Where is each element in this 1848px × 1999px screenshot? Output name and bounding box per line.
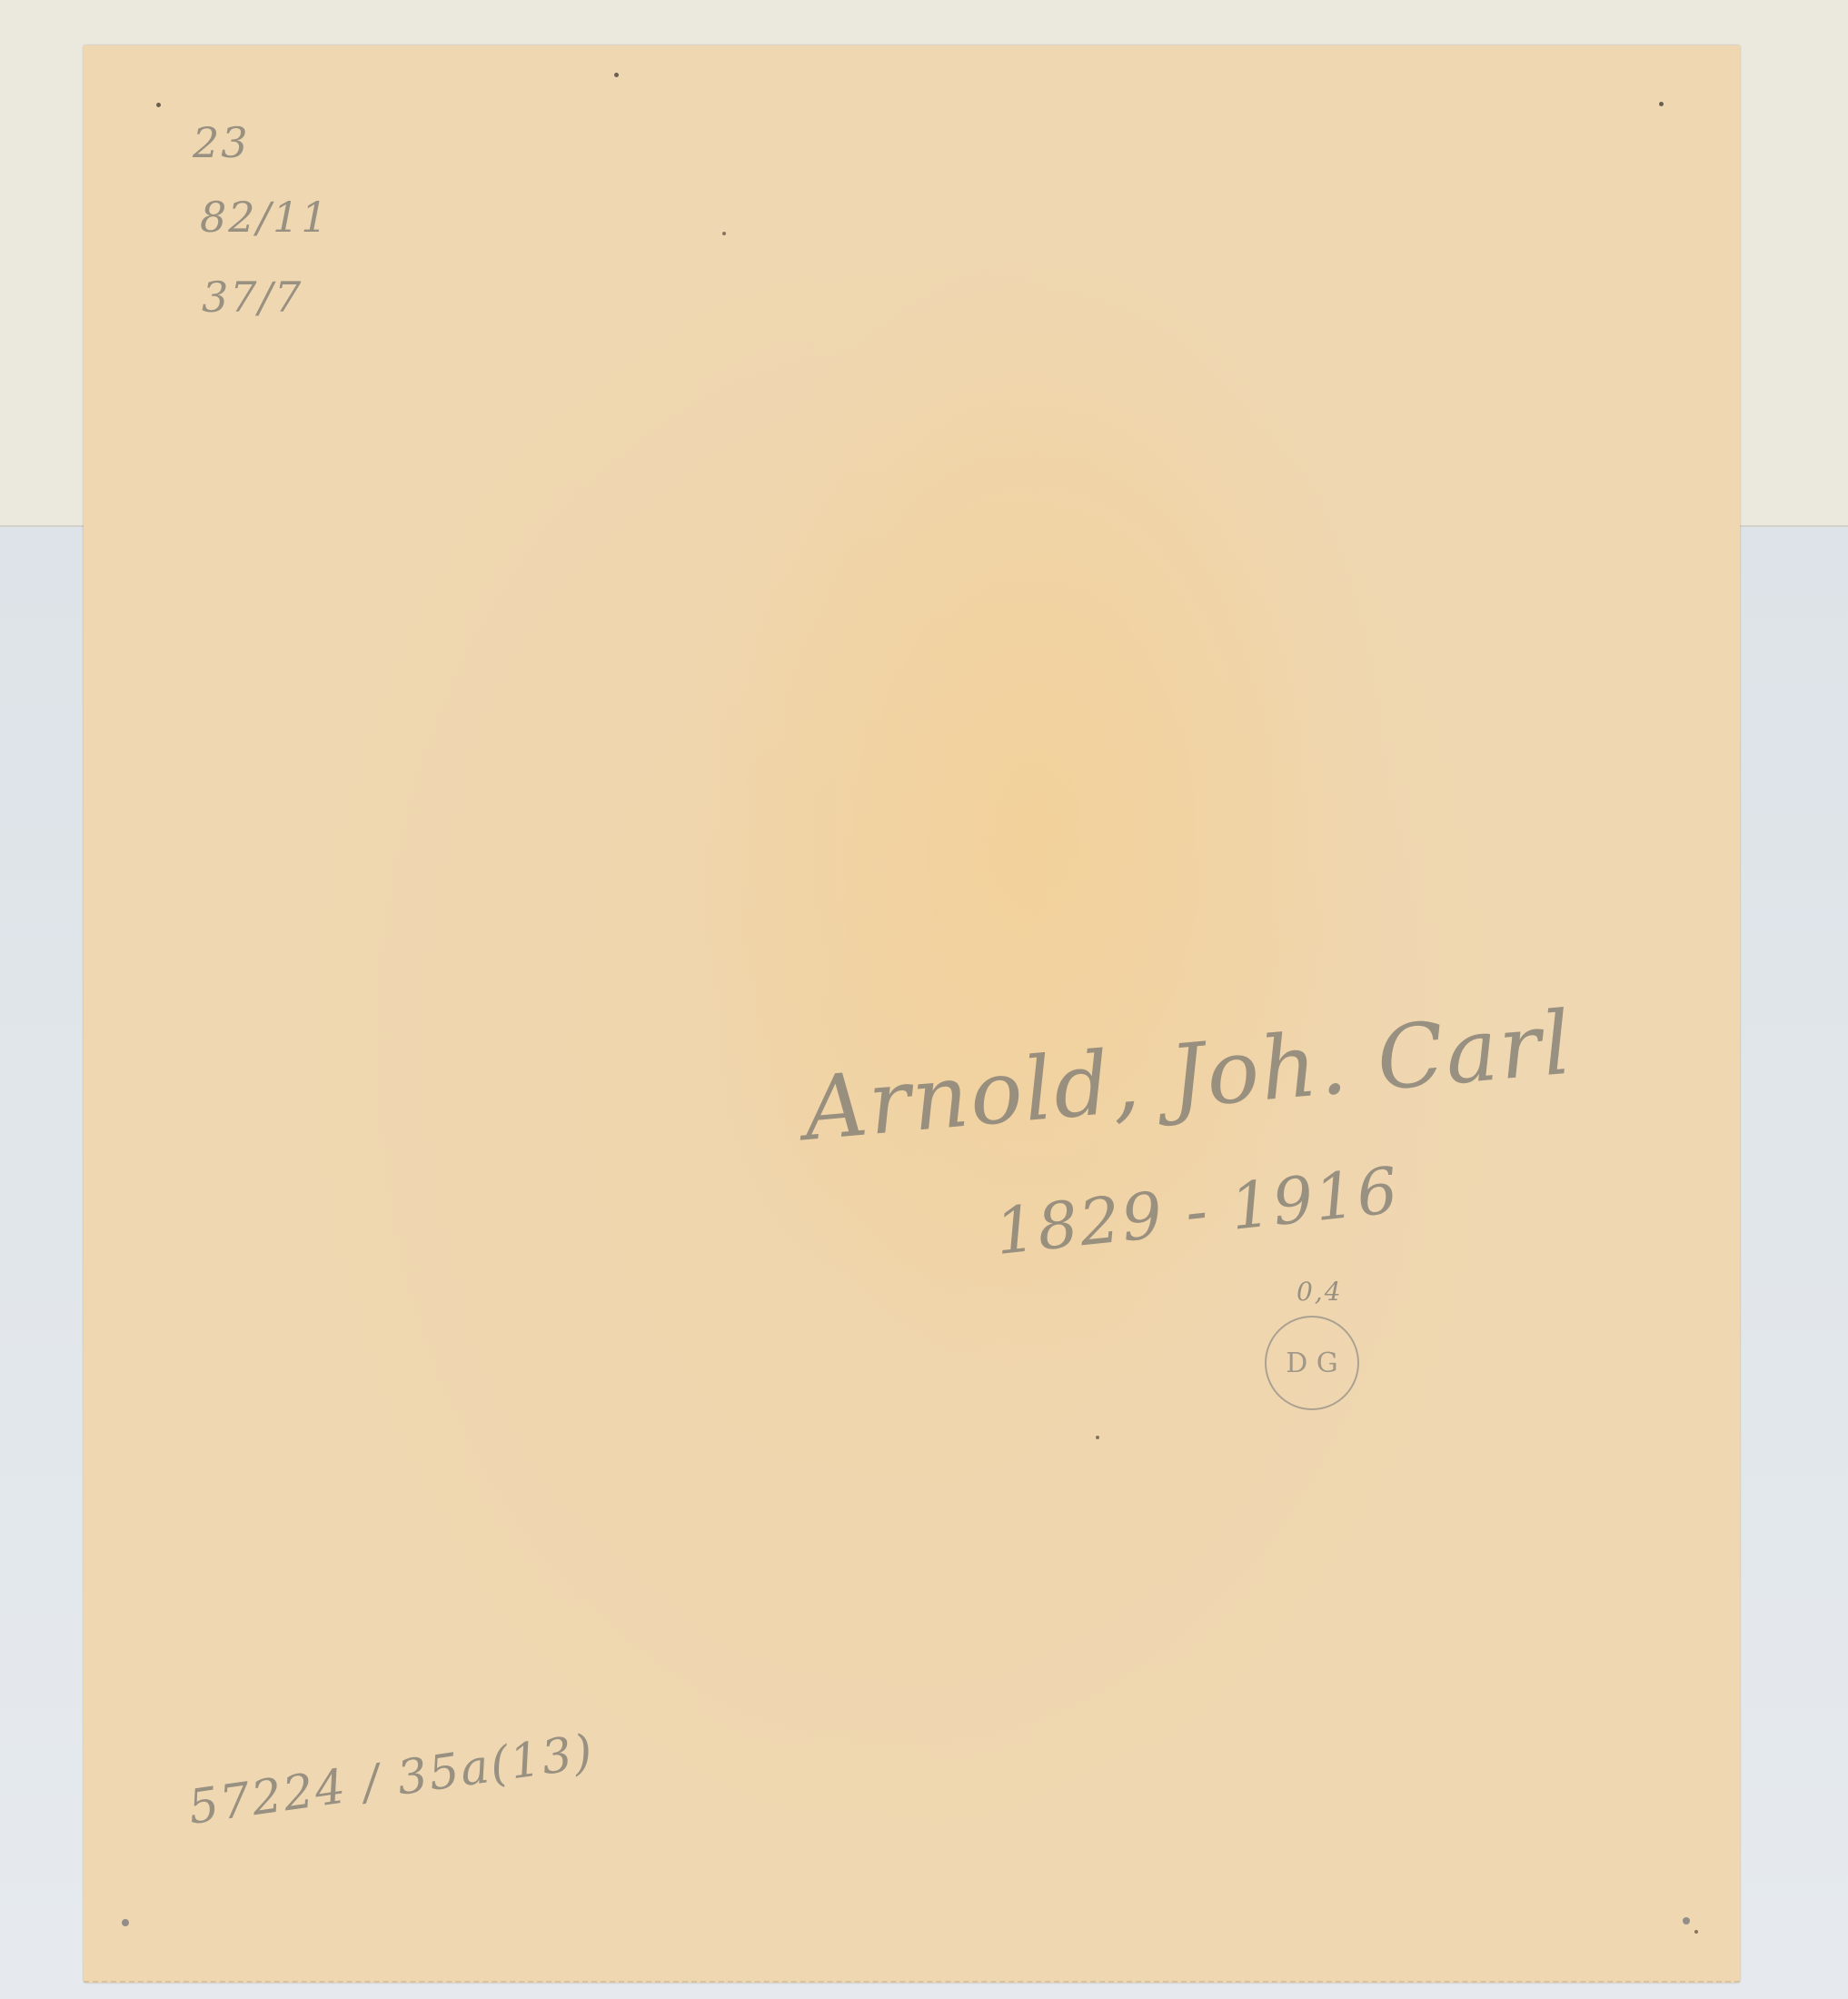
pinhole-top-left [156, 103, 161, 107]
collector-stamp-icon: D G [1265, 1316, 1359, 1410]
pinhole-top-center [614, 73, 619, 77]
inventory-number-2: 82/11 [200, 193, 330, 242]
pinhole-bottom-right [1683, 1917, 1690, 1924]
pinhole-bottom-left [122, 1919, 129, 1926]
stamp-monogram: D G [1286, 1348, 1338, 1379]
paper-speck [1096, 1436, 1099, 1439]
inventory-number-3: 37/7 [202, 273, 303, 322]
stamp-annotation: 0,4 [1297, 1277, 1343, 1307]
paper-speck [1694, 1930, 1698, 1934]
pinhole-top-right [1659, 102, 1664, 106]
paper-speck [722, 232, 726, 235]
inventory-number-1: 23 [193, 118, 250, 167]
